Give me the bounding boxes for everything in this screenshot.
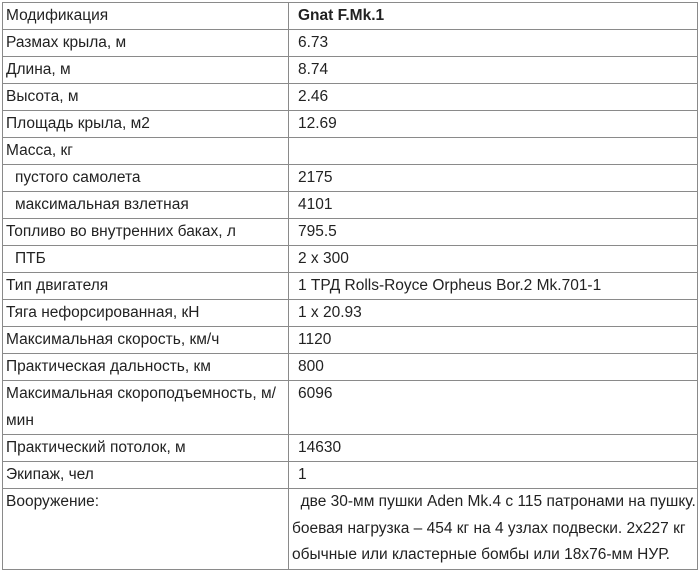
table-row: Экипаж, чел 1 [3, 462, 698, 489]
table-header-row: Модификация Gnat F.Mk.1 [3, 3, 698, 30]
row-value: 1 ТРД Rolls-Royce Orpheus Bor.2 Mk.701-1 [289, 273, 698, 300]
row-label: Экипаж, чел [3, 462, 289, 489]
modification-label: Модификация [3, 3, 289, 30]
row-label: Высота, м [3, 84, 289, 111]
row-value: 795.5 [289, 219, 698, 246]
table-row: Топливо во внутренних баках, л 795.5 [3, 219, 698, 246]
row-value: 6.73 [289, 30, 698, 57]
row-label: Практический потолок, м [3, 435, 289, 462]
row-value: 1 [289, 462, 698, 489]
row-label: Тип двигателя [3, 273, 289, 300]
row-label: Топливо во внутренних баках, л [3, 219, 289, 246]
row-label: Масса, кг [3, 138, 289, 165]
row-label: максимальная взлетная [3, 192, 289, 219]
row-label: Вооружение: [3, 489, 289, 570]
modification-value: Gnat F.Mk.1 [289, 3, 698, 30]
row-label: Размах крыла, м [3, 30, 289, 57]
row-value: 8.74 [289, 57, 698, 84]
table-row: Длина, м 8.74 [3, 57, 698, 84]
row-label: Максимальная скороподъемность, м/мин [3, 381, 289, 435]
table-row: пустого самолета 2175 [3, 165, 698, 192]
armament-value: две 30-мм пушки Aden Mk.4 с 115 патронам… [289, 489, 698, 570]
table-row: Масса, кг [3, 138, 698, 165]
table-row: Высота, м 2.46 [3, 84, 698, 111]
row-value: 1 x 20.93 [289, 300, 698, 327]
row-label: пустого самолета [3, 165, 289, 192]
table-row: ПТБ 2 x 300 [3, 246, 698, 273]
table-row: Размах крыла, м 6.73 [3, 30, 698, 57]
table-row: Практическая дальность, км 800 [3, 354, 698, 381]
table-row: Тип двигателя 1 ТРД Rolls-Royce Orpheus … [3, 273, 698, 300]
table-row: Максимальная скорость, км/ч 1120 [3, 327, 698, 354]
row-value: 2.46 [289, 84, 698, 111]
specifications-table: Модификация Gnat F.Mk.1 Размах крыла, м … [2, 2, 698, 570]
row-value: 2 x 300 [289, 246, 698, 273]
row-value: 800 [289, 354, 698, 381]
row-label: Площадь крыла, м2 [3, 111, 289, 138]
row-label: ПТБ [3, 246, 289, 273]
table-row: Площадь крыла, м2 12.69 [3, 111, 698, 138]
row-value: 6096 [289, 381, 698, 435]
row-value: 14630 [289, 435, 698, 462]
table-row: Практический потолок, м 14630 [3, 435, 698, 462]
table-row-armament: Вооружение: две 30-мм пушки Aden Mk.4 с … [3, 489, 698, 570]
row-label: Длина, м [3, 57, 289, 84]
table-row: Максимальная скороподъемность, м/мин 609… [3, 381, 698, 435]
row-value: 1120 [289, 327, 698, 354]
row-value: 4101 [289, 192, 698, 219]
row-label: Максимальная скорость, км/ч [3, 327, 289, 354]
row-value: 2175 [289, 165, 698, 192]
row-label: Тяга нефорсированная, кН [3, 300, 289, 327]
row-label: Практическая дальность, км [3, 354, 289, 381]
table-row: максимальная взлетная 4101 [3, 192, 698, 219]
row-value: 12.69 [289, 111, 698, 138]
row-value [289, 138, 698, 165]
table-row: Тяга нефорсированная, кН 1 x 20.93 [3, 300, 698, 327]
